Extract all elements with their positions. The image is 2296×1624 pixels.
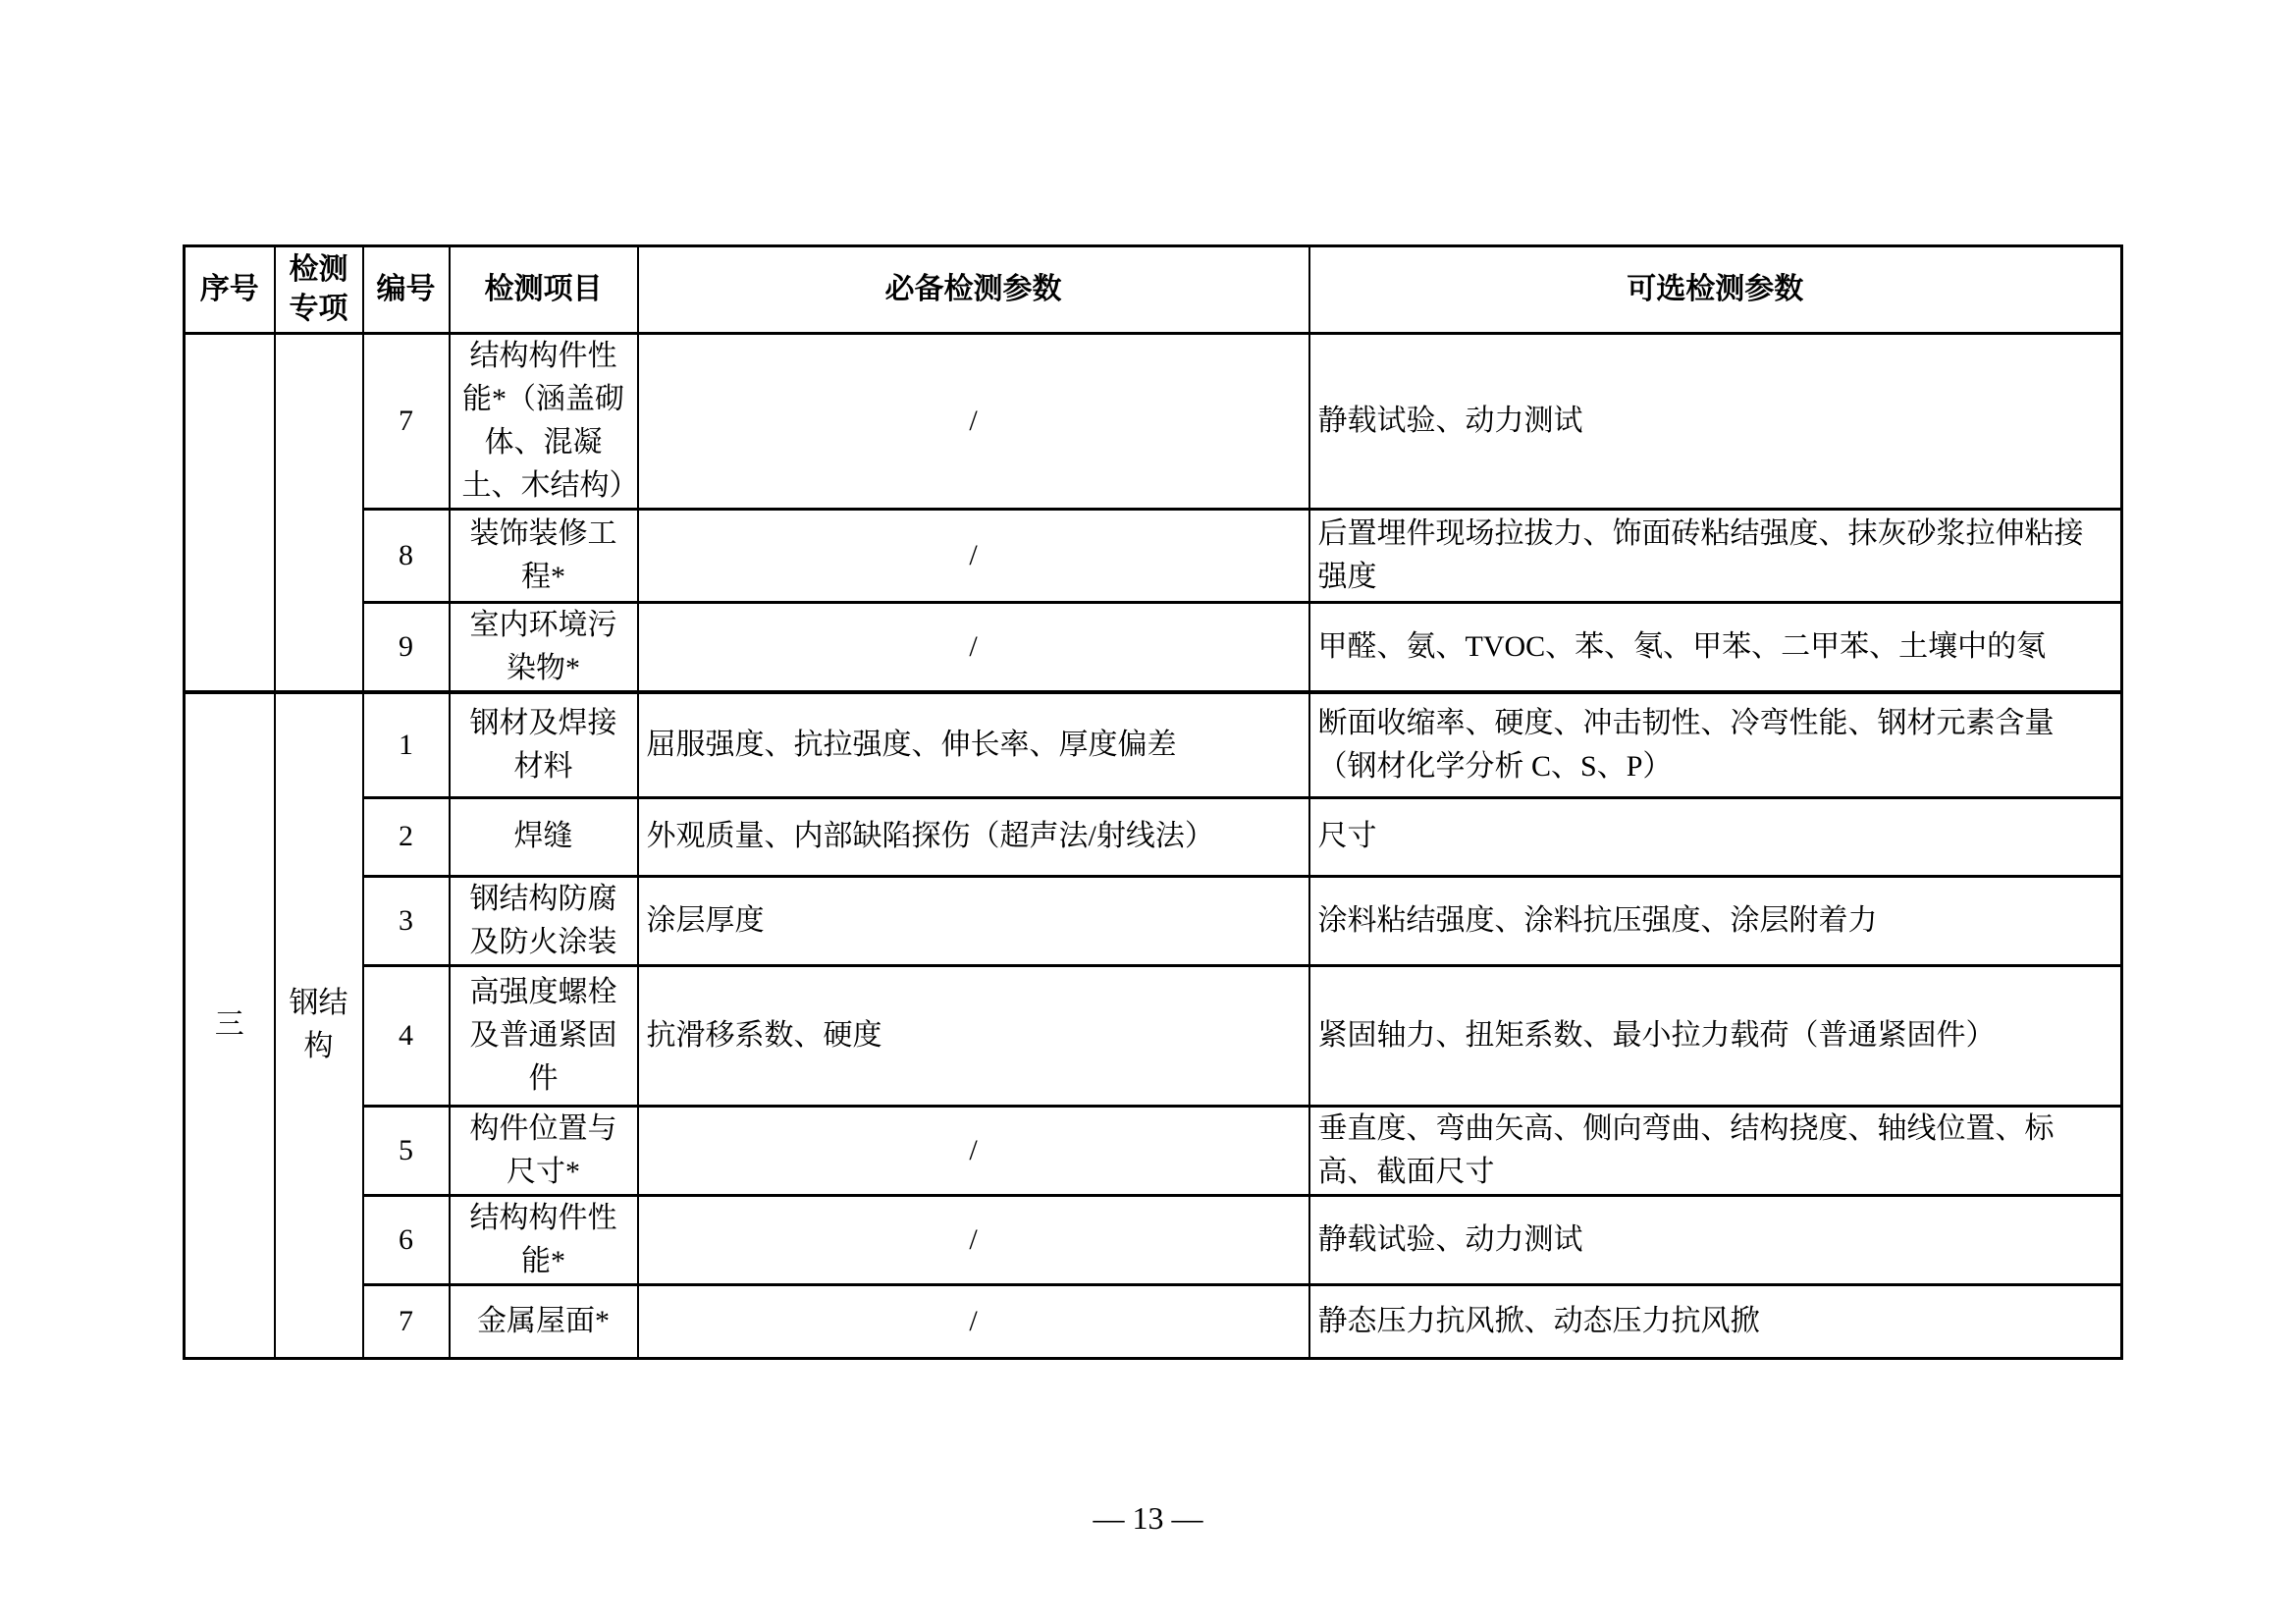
cell-item: 结构构件性能*（涵盖砌体、混凝土、木结构） — [450, 334, 638, 510]
cell-item: 钢结构防腐及防火涂装 — [450, 876, 638, 965]
cell-required: / — [638, 1195, 1309, 1284]
cell-optional: 断面收缩率、硬度、冲击韧性、冷弯性能、钢材元素含量（钢材化学分析 C、S、P） — [1309, 692, 2122, 797]
cell-no: 3 — [363, 876, 450, 965]
cell-item: 装饰装修工程* — [450, 510, 638, 603]
cell-item: 结构构件性能* — [450, 1195, 638, 1284]
cell-no: 7 — [363, 334, 450, 510]
cell-item: 室内环境污染物* — [450, 603, 638, 693]
cell-required: / — [638, 510, 1309, 603]
header-row: 序号 检测专项 编号 检测项目 必备检测参数 可选检测参数 — [185, 246, 2122, 334]
cell-item: 金属屋面* — [450, 1284, 638, 1358]
cell-optional: 垂直度、弯曲矢高、侧向弯曲、结构挠度、轴线位置、标高、截面尺寸 — [1309, 1106, 2122, 1195]
cell-required: 屈服强度、抗拉强度、伸长率、厚度偏差 — [638, 692, 1309, 797]
header-cell-item: 检测项目 — [450, 246, 638, 334]
cell-no: 7 — [363, 1284, 450, 1358]
cell-no: 2 — [363, 797, 450, 876]
cell-no: 6 — [363, 1195, 450, 1284]
cell-required: / — [638, 1284, 1309, 1358]
cell-optional: 涂料粘结强度、涂料抗压强度、涂层附着力 — [1309, 876, 2122, 965]
table-row: 5 构件位置与尺寸* / 垂直度、弯曲矢高、侧向弯曲、结构挠度、轴线位置、标高、… — [185, 1106, 2122, 1195]
cell-required: 外观质量、内部缺陷探伤（超声法/射线法） — [638, 797, 1309, 876]
cell-required: / — [638, 603, 1309, 693]
table-row: 9 室内环境污染物* / 甲醛、氨、TVOC、苯、氡、甲苯、二甲苯、土壤中的氡 — [185, 603, 2122, 693]
header-cell-specialty: 检测专项 — [275, 246, 363, 334]
cell-no: 9 — [363, 603, 450, 693]
table-row: 6 结构构件性能* / 静载试验、动力测试 — [185, 1195, 2122, 1284]
cell-required: / — [638, 334, 1309, 510]
table-row: 2 焊缝 外观质量、内部缺陷探伤（超声法/射线法） 尺寸 — [185, 797, 2122, 876]
cell-optional: 静载试验、动力测试 — [1309, 1195, 2122, 1284]
table-row: 三 钢结构 1 钢材及焊接材料 屈服强度、抗拉强度、伸长率、厚度偏差 断面收缩率… — [185, 692, 2122, 797]
cell-optional: 静态压力抗风掀、动态压力抗风掀 — [1309, 1284, 2122, 1358]
inspection-parameters-table: 序号 检测专项 编号 检测项目 必备检测参数 可选检测参数 7 结构构件性能*（… — [183, 244, 2123, 1360]
cell-required: 抗滑移系数、硬度 — [638, 965, 1309, 1106]
table-row: 7 金属屋面* / 静态压力抗风掀、动态压力抗风掀 — [185, 1284, 2122, 1358]
cell-section-index: 三 — [185, 692, 275, 1358]
cell-optional: 甲醛、氨、TVOC、苯、氡、甲苯、二甲苯、土壤中的氡 — [1309, 603, 2122, 693]
cell-section-specialty: 钢结构 — [275, 692, 363, 1358]
cell-no: 4 — [363, 965, 450, 1106]
table-row: 3 钢结构防腐及防火涂装 涂层厚度 涂料粘结强度、涂料抗压强度、涂层附着力 — [185, 876, 2122, 965]
cell-optional: 尺寸 — [1309, 797, 2122, 876]
document-page: 序号 检测专项 编号 检测项目 必备检测参数 可选检测参数 7 结构构件性能*（… — [0, 0, 2296, 1624]
cell-item: 焊缝 — [450, 797, 638, 876]
cell-optional: 静载试验、动力测试 — [1309, 334, 2122, 510]
page-number: — 13 — — [0, 1496, 2296, 1540]
header-cell-optional: 可选检测参数 — [1309, 246, 2122, 334]
header-cell-no: 编号 — [363, 246, 450, 334]
table-row: 7 结构构件性能*（涵盖砌体、混凝土、木结构） / 静载试验、动力测试 — [185, 334, 2122, 510]
cell-item: 钢材及焊接材料 — [450, 692, 638, 797]
cell-optional: 紧固轴力、扭矩系数、最小拉力载荷（普通紧固件） — [1309, 965, 2122, 1106]
cell-section-specialty — [275, 334, 363, 693]
cell-item: 高强度螺栓及普通紧固件 — [450, 965, 638, 1106]
table-row: 4 高强度螺栓及普通紧固件 抗滑移系数、硬度 紧固轴力、扭矩系数、最小拉力载荷（… — [185, 965, 2122, 1106]
cell-no: 1 — [363, 692, 450, 797]
table-row: 8 装饰装修工程* / 后置埋件现场拉拔力、饰面砖粘结强度、抹灰砂浆拉伸粘接强度 — [185, 510, 2122, 603]
cell-no: 5 — [363, 1106, 450, 1195]
cell-no: 8 — [363, 510, 450, 603]
cell-required: / — [638, 1106, 1309, 1195]
cell-required: 涂层厚度 — [638, 876, 1309, 965]
header-cell-required: 必备检测参数 — [638, 246, 1309, 334]
cell-optional: 后置埋件现场拉拔力、饰面砖粘结强度、抹灰砂浆拉伸粘接强度 — [1309, 510, 2122, 603]
cell-section-index — [185, 334, 275, 693]
header-cell-index: 序号 — [185, 246, 275, 334]
cell-item: 构件位置与尺寸* — [450, 1106, 638, 1195]
